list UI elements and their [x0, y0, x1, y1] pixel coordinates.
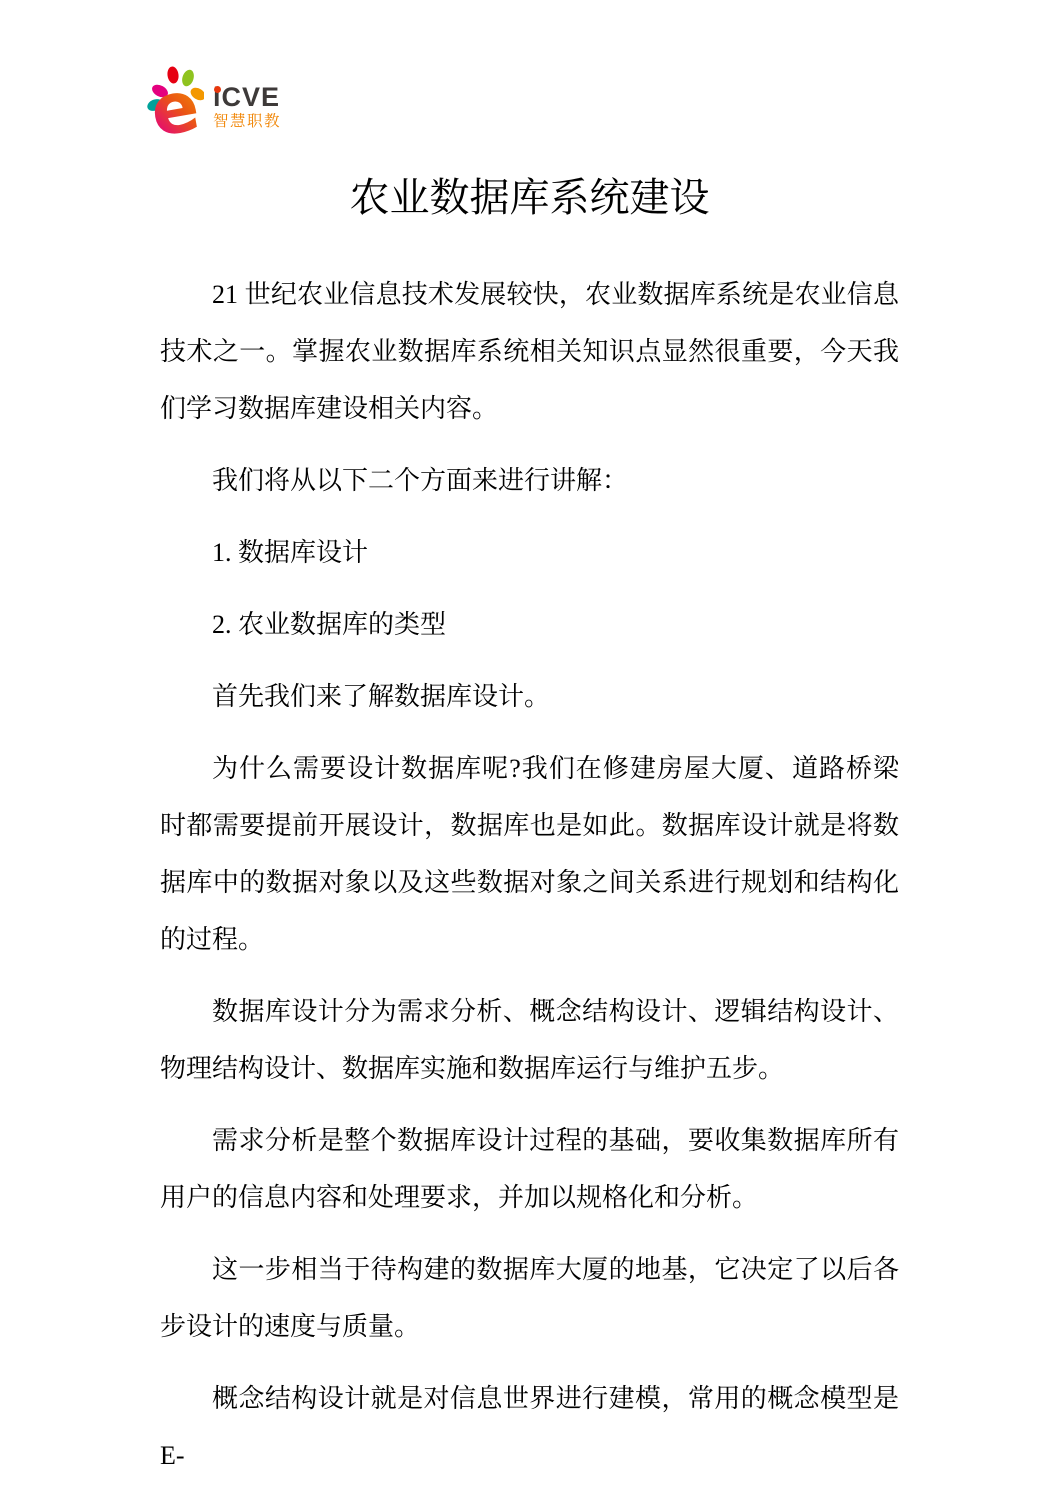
paragraph-why-design: 为什么需要设计数据库呢?我们在修建房屋大厦、道路桥梁时都需要提前开展设计，数据库…: [160, 740, 899, 968]
paragraph-intro: 21 世纪农业信息技术发展较快，农业数据库系统是农业信息技术之一。掌握农业数据库…: [160, 266, 899, 437]
paragraph-db-design-lead: 首先我们来了解数据库设计。: [160, 668, 899, 725]
paragraph-concept-design: 概念结构设计就是对信息世界进行建模，常用的概念模型是 E-: [160, 1370, 899, 1484]
paragraph-requirement-analysis: 需求分析是整个数据库设计过程的基础，要收集数据库所有用户的信息内容和处理要求，并…: [160, 1112, 899, 1226]
logo-brand-name: iCVE: [213, 84, 280, 111]
document-page: e iCVE 智慧职教 农业数据库系统建设 21 世纪农业信息技术发展较快，农业…: [0, 0, 1059, 1497]
logo-subtitle: 智慧职教: [213, 112, 281, 131]
outline-item-1: 1. 数据库设计: [160, 524, 899, 581]
logo-e-glyph: e: [146, 64, 204, 136]
paragraph-five-steps: 数据库设计分为需求分析、概念结构设计、逻辑结构设计、物理结构设计、数据库实施和数…: [160, 983, 899, 1097]
outline-item-2: 2. 农业数据库的类型: [160, 596, 899, 653]
icve-flower-icon: e: [146, 60, 204, 136]
icve-logo: e iCVE 智慧职教: [146, 60, 281, 136]
paragraph-foundation: 这一步相当于待构建的数据库大厦的地基，它决定了以后各步设计的速度与质量。: [160, 1241, 899, 1355]
paragraph-outline-lead: 我们将从以下二个方面来进行讲解：: [160, 452, 899, 509]
logo-i-dot: [214, 86, 221, 93]
document-content: 农业数据库系统建设 21 世纪农业信息技术发展较快，农业数据库系统是农业信息技术…: [0, 0, 1059, 1484]
logo-text-block: iCVE 智慧职教: [213, 60, 281, 131]
document-title: 农业数据库系统建设: [160, 170, 899, 226]
